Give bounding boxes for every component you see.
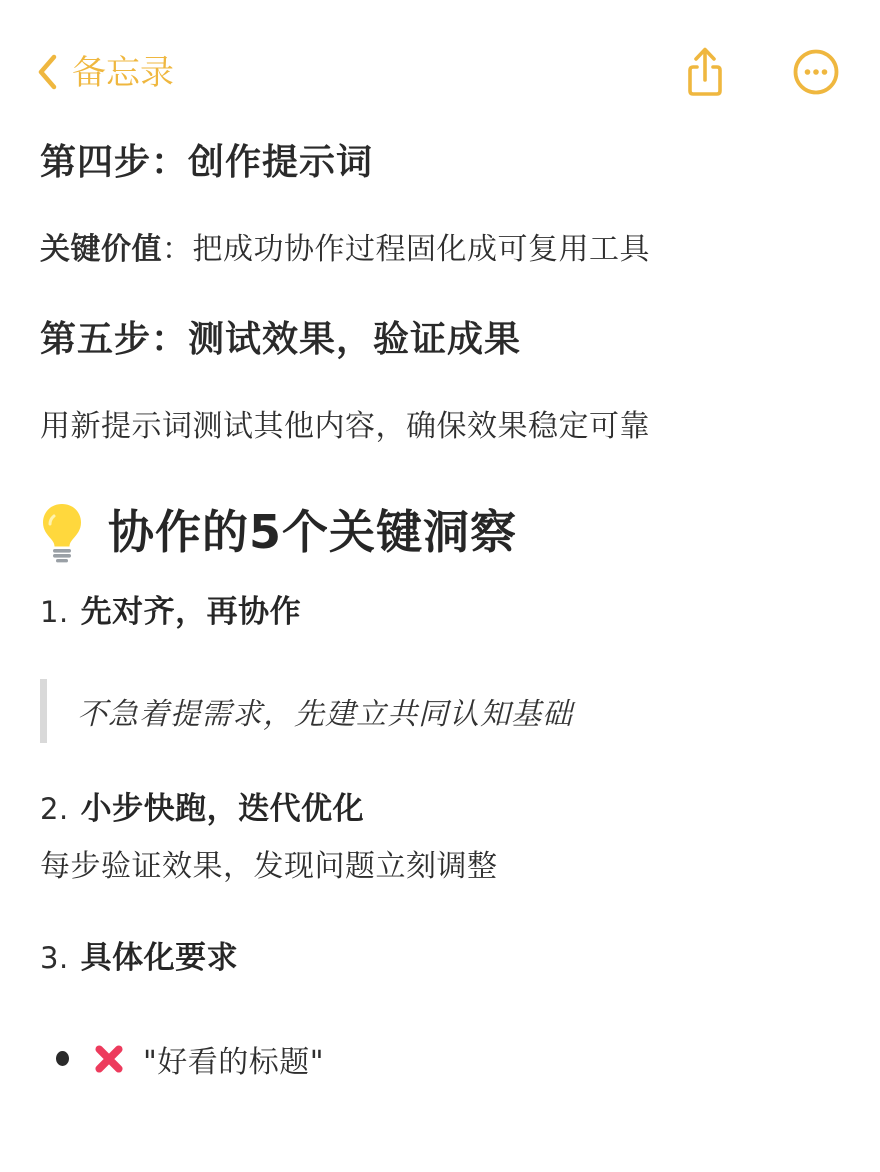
paragraph-key-value: 关键价值：把成功协作过程固化成可复用工具 — [40, 231, 840, 269]
insight-item-1: 1. 先对齐，再协作 — [40, 594, 840, 631]
bullet-item-bad-example: "好看的标题" — [40, 1037, 840, 1081]
back-button[interactable]: 备忘录 — [36, 53, 174, 91]
heading-insights: 协作的5个关键洞察 — [40, 502, 840, 564]
navbar: 备忘录 — [0, 0, 880, 100]
insight-3-title: 具体化要求 — [81, 940, 239, 977]
notes-app-screen: 备忘录 — [0, 0, 880, 1172]
share-icon — [684, 45, 726, 99]
paragraph-step5: 用新提示词测试其他内容，确保效果稳定可靠 — [40, 408, 840, 446]
share-button[interactable] — [684, 45, 726, 99]
bullet-dot — [56, 1051, 69, 1066]
back-button-label: 备忘录 — [72, 54, 174, 90]
heading-step5: 第五步：测试效果，验证成果 — [40, 319, 840, 360]
key-value-label: 关键价值 — [40, 232, 162, 267]
insight-1-quote-text: 不急着提需求，先建立共同认知基础 — [77, 697, 573, 732]
insight-item-3: 3. 具体化要求 — [40, 940, 840, 977]
insight-3-number: 3. — [40, 941, 69, 976]
ellipsis-circle-icon — [792, 48, 840, 96]
heading-step4: 第四步：创作提示词 — [40, 142, 840, 183]
note-body[interactable]: 第四步：创作提示词 关键价值：把成功协作过程固化成可复用工具 第五步：测试效果，… — [0, 142, 880, 1081]
insight-1-number: 1. — [40, 595, 69, 630]
chevron-left-icon — [36, 53, 58, 91]
insight-2-number: 2. — [40, 792, 69, 827]
insight-2-title: 小步快跑，迭代优化 — [81, 791, 365, 828]
cross-mark-icon — [93, 1043, 125, 1075]
insight-1-quote: 不急着提需求，先建立共同认知基础 — [40, 679, 840, 743]
insight-2-body: 每步验证效果，发现问题立刻调整 — [40, 848, 840, 886]
insight-1-title: 先对齐，再协作 — [81, 594, 302, 631]
navbar-actions — [684, 45, 840, 99]
heading-insights-text: 协作的5个关键洞察 — [108, 507, 517, 558]
bullet-text: "好看的标题" — [143, 1037, 324, 1081]
insight-item-2: 2. 小步快跑，迭代优化 — [40, 791, 840, 828]
lightbulb-icon — [40, 502, 84, 564]
more-button[interactable] — [792, 48, 840, 96]
key-value-text: ：把成功协作过程固化成可复用工具 — [162, 232, 650, 267]
